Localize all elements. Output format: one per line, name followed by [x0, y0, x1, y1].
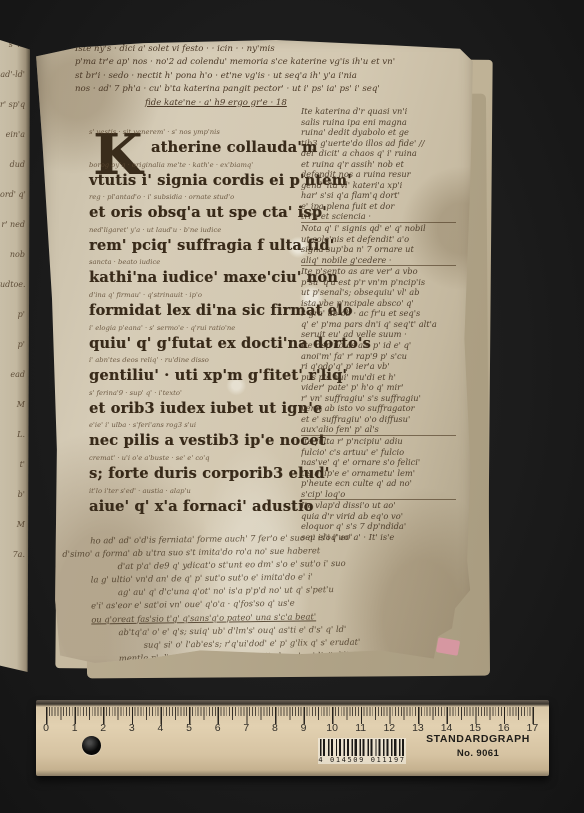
main-text-line: d'ina q' firmau' · q'strinauit · ip'o fo…	[89, 291, 319, 324]
top-note-block: Iste hy's · dici a' solet vi festo · · i…	[75, 43, 467, 110]
barcode: 4 014509 011197	[318, 738, 406, 764]
facing-page-text-fragment: dud	[0, 160, 30, 190]
commentary-line: et e' suffragiu' o'o diffusu'	[301, 414, 469, 425]
main-text-line: sancta · beato iudice kathi'na iudice' m…	[89, 258, 319, 291]
commentary-line: q' e' p'ma pars dn'i q' seq't' alt'a	[301, 319, 469, 330]
commentary-line: s'cip' loq'o	[301, 489, 456, 501]
gothic-text: aiue' q' x'a fornaci' adustio	[89, 496, 319, 517]
ruler-brand: STANDARDGRAPH No. 9061	[414, 733, 542, 759]
brand-name: STANDARDGRAPH	[414, 733, 542, 745]
gothic-text: atherine collauda'm	[89, 137, 319, 158]
barcode-bars	[320, 739, 404, 756]
manuscript-photo: s' h'ad'-ld'r' sp'qein'adudord' q'r' ned…	[0, 0, 584, 813]
commentary-line: tib3 g'uerte'do illos ad fide' //	[301, 138, 469, 149]
main-text-line: borog oy'q · originalia me'te · kath'e ·…	[89, 161, 319, 194]
facing-page-text-fragment: p'	[0, 340, 30, 370]
interlinear-gloss: cremat' · u'i o'e a'buste · se' e' co'q	[89, 454, 319, 463]
facing-page-text-fragment: s' h'	[0, 40, 30, 70]
ruler-number: 7	[232, 722, 261, 734]
ruler-number: 5	[175, 722, 204, 734]
commentary-line: ut p'senal's; obsequiu' vl' ab	[301, 287, 469, 298]
facing-page-edge: s' h'ad'-ld'r' sp'qein'adudord' q'r' ned…	[0, 40, 30, 672]
interlinear-gloss: i' abn'tes deos reliq' · ru'dine disso	[89, 356, 319, 365]
ruler-number: 12	[375, 722, 404, 734]
commentary-line: signa sup'ba n' 7 ornare ut	[301, 244, 469, 255]
ruler-number: 10	[318, 722, 347, 734]
ruler-number: 11	[346, 722, 375, 734]
interlinear-gloss: e'ie' i' ulba · s'feri'ans rog3 s'ui	[89, 421, 319, 430]
commentary-line: Nota q' i' signis qd' e' q' nobil	[301, 223, 469, 234]
commentary-line: pus p's hui' mu'di et h'	[301, 372, 469, 383]
gothic-text: s; forte duris corporib3 elud'	[89, 463, 319, 484]
commentary-line: ri q'odo'q' p' ier'a vb'	[301, 361, 469, 372]
commentary-line: Ite vlap'd dissi'o ut ao'	[301, 500, 469, 511]
commentary-line: ruina' dedit dyabolo et ge	[301, 127, 469, 138]
gothic-text: gentiliu' · uti xp'm g'fitet' r'liq'	[89, 365, 319, 386]
interlinear-gloss: reg · pl'antad'o · i' subsidia · ornate …	[89, 193, 319, 202]
gothic-text: formidat lex di'na sic firmat elo	[89, 300, 319, 321]
facing-page-text-fragment: M	[0, 520, 30, 550]
ruler-number: 9	[289, 722, 318, 734]
facing-page-text-fragment: b'	[0, 490, 30, 520]
interlinear-gloss: d'ina q' firmau' · q'strinauit · ip'o	[89, 291, 319, 300]
main-text-line: cremat' · u'i o'e a'buste · se' e' co'q …	[89, 454, 319, 487]
gothic-text: et orib3 iudex iubet ut ign'e	[89, 398, 319, 419]
interlinear-gloss: borog oy'q · originalia me'te · kath'e ·…	[89, 161, 319, 170]
facing-page-text-fragment: 7a.	[0, 550, 30, 580]
top-note-line: nos · ad' 7 ph'a · cu' b'ta katerina pan…	[75, 83, 467, 96]
commentary-line: nas've' q' e' ornare s'o felici'	[301, 457, 469, 468]
commentary-line: aliq' nobile g'cedere ·	[301, 255, 456, 267]
gothic-text: kathi'na iudice' maxe'ciu' non	[89, 267, 319, 288]
commentary-line: Ite p'sento as are ver' a vbo	[301, 266, 469, 277]
facing-page-text-fragment: udtoe.	[0, 280, 30, 310]
facing-page-text-fragment: L.	[0, 430, 30, 460]
barcode-digits: 4 014509 011197	[318, 756, 406, 764]
top-note-line: p'ma tr'e ap' nos · no'2 ad colendu' mem…	[75, 56, 467, 69]
manuscript-page: Iste hy's · dici a' solet vi festo · · i…	[33, 40, 475, 668]
top-note-line: Iste hy's · dici a' solet vi festo · · i…	[75, 43, 467, 56]
facing-page-text-fragment: ord' q'	[0, 190, 30, 220]
commentary-line: anoi'm' fa' r' rap'9 p' s'cu	[301, 351, 469, 362]
interlinear-gloss: it'lo i'ter s'ed' · austia · alap'u	[89, 487, 319, 496]
ruler-number: 4	[146, 722, 175, 734]
commentary-line: del' dicit' a chaos q' i' ruina	[301, 148, 469, 159]
commentary-line: p'heute ecn culte q' ad no'	[301, 478, 469, 489]
main-text-line: s' vestis · sit venerem' · s' nos ymp'ni…	[89, 128, 319, 161]
ruler-number: 0	[32, 722, 61, 734]
gothic-text: rem' pciq' suffragia f ulta fid'	[89, 235, 319, 256]
commentary-line: venit ab isto vo suffragator	[301, 403, 469, 414]
facing-page-text-fragment: r' sp'q	[0, 100, 30, 130]
top-note-line: st br'i · sedo · nectit h' pona h'o · et…	[75, 70, 467, 83]
ruler: 01234567891011121314151617 4 014509 0111…	[36, 700, 549, 776]
facing-page-text-fragment: M	[0, 400, 30, 430]
facing-page-text-fragment: r' ned	[0, 220, 30, 250]
commentary-line: e' ipa plena fuit et dor	[301, 201, 469, 212]
commentary-line: aux'alio fen' p' al's	[301, 424, 456, 436]
commentary-line: i' gra' ab ob · ac fr'u et seq's	[301, 308, 469, 319]
commentary-line: gend' ita vl' kateri'a xp'i	[301, 180, 469, 191]
facing-page-text-fragment: ein'a	[0, 130, 30, 160]
commentary-line: Ite r'sp'no as a'o p' id e' q'	[301, 340, 469, 351]
commentary-line: fulcio' c's artuu' e' fulcio	[301, 447, 469, 458]
ruler-number: 3	[118, 722, 147, 734]
interlinear-gloss: sancta · beato iudice	[89, 258, 319, 267]
commentary-line: defendit nos a ruina resur	[301, 169, 469, 180]
commentary-line: tri'a et sciencia ·	[301, 211, 456, 223]
interlinear-gloss: ned'ligaret' y'a · ut laud'u · b'ne iudi…	[89, 226, 319, 235]
main-text-line: it'lo i'ter s'ed' · austia · alap'u aiue…	[89, 487, 319, 520]
ruler-ticks	[46, 707, 535, 716]
ruler-number: 8	[261, 722, 290, 734]
model-number: No. 9061	[414, 748, 542, 759]
commentary-line: Ite fulta r' p'ncipiu' adiu	[301, 436, 469, 447]
commentary-line: seruit eu' ad velle suum ·	[301, 329, 469, 340]
gothic-text: quiu' q' g'futat ex docti'na dorto's	[89, 333, 319, 354]
main-text-line: i' elogia p'eana' · s' sermo'e · q'rui r…	[89, 324, 319, 357]
ruler-hanging-hole	[82, 736, 101, 755]
main-text-line: ned'ligaret' y'a · ut laud'u · b'ne iudi…	[89, 226, 319, 259]
commentary-line: ut sole'nis et defendit' a'o	[301, 234, 469, 245]
commentary-line: r' vn' suffragiu' s's suffragiu'	[301, 393, 469, 404]
commentary-line: salis ruina ipa eni magna	[301, 117, 469, 128]
main-text-line: reg · pl'antad'o · i' subsidia · ornate …	[89, 193, 319, 226]
commentary-line: ista vbe p'ncipale absco' q'	[301, 298, 469, 309]
commentary-line: p'su' q'a est p'r vn'm p'ncip'is	[301, 277, 469, 288]
main-text-line: i' abn'tes deos reliq' · ru'dine disso g…	[89, 356, 319, 389]
commentary-line: quia d'r virid ab eq'o vo'	[301, 511, 469, 522]
interlinear-gloss: s' vestis · sit venerem' · s' nos ymp'ni…	[89, 128, 319, 137]
commentary-column: Ite katerina d'r quasi vn'isalis ruina i…	[301, 106, 469, 542]
gothic-text: et oris obsq'a ut spe cta' isp'	[89, 202, 319, 223]
interlinear-gloss: i' elogia p'eana' · s' sermo'e · q'rui r…	[89, 324, 319, 333]
facing-page-text-fragment: p'	[0, 310, 30, 340]
commentary-line: tis q' ip'e e' ornametu' lem'	[301, 468, 469, 479]
facing-page-text-fragment: ead	[0, 370, 30, 400]
main-text-line: e'ie' i' ulba · s'feri'ans rog3 s'ui nec…	[89, 421, 319, 454]
ruler-number: 2	[89, 722, 118, 734]
gothic-text: vtutis i' signia cordis ei p'ntem'	[89, 170, 319, 191]
main-text-column: s' vestis · sit venerem' · s' nos ymp'ni…	[89, 128, 319, 519]
interlinear-gloss: s' ferina'9 · sup' q' · i'texto'	[89, 389, 319, 398]
ruler-number: 6	[203, 722, 232, 734]
facing-page-text-fragment: nob	[0, 250, 30, 280]
bottom-commentary-block: ho ad' ad' o'd'is ferniata' forme auch' …	[62, 529, 472, 666]
commentary-line: vider' pate' p' h'o q' mir'	[301, 382, 469, 393]
main-text-line: s' ferina'9 · sup' q' · i'texto' et orib…	[89, 389, 319, 422]
commentary-line: Ite katerina d'r quasi vn'i	[301, 106, 469, 117]
commentary-line: et ruina q'r assih' nob et	[301, 159, 469, 170]
facing-page-text-fragment: t'	[0, 460, 30, 490]
ruler-number: 1	[60, 722, 89, 734]
commentary-line: har' s'si q'a flam'q dort'	[301, 190, 469, 201]
gothic-text: nec pilis a vestib3 ip'e nocet	[89, 430, 319, 451]
facing-page-text-fragment: ad'-ld'	[0, 70, 30, 100]
